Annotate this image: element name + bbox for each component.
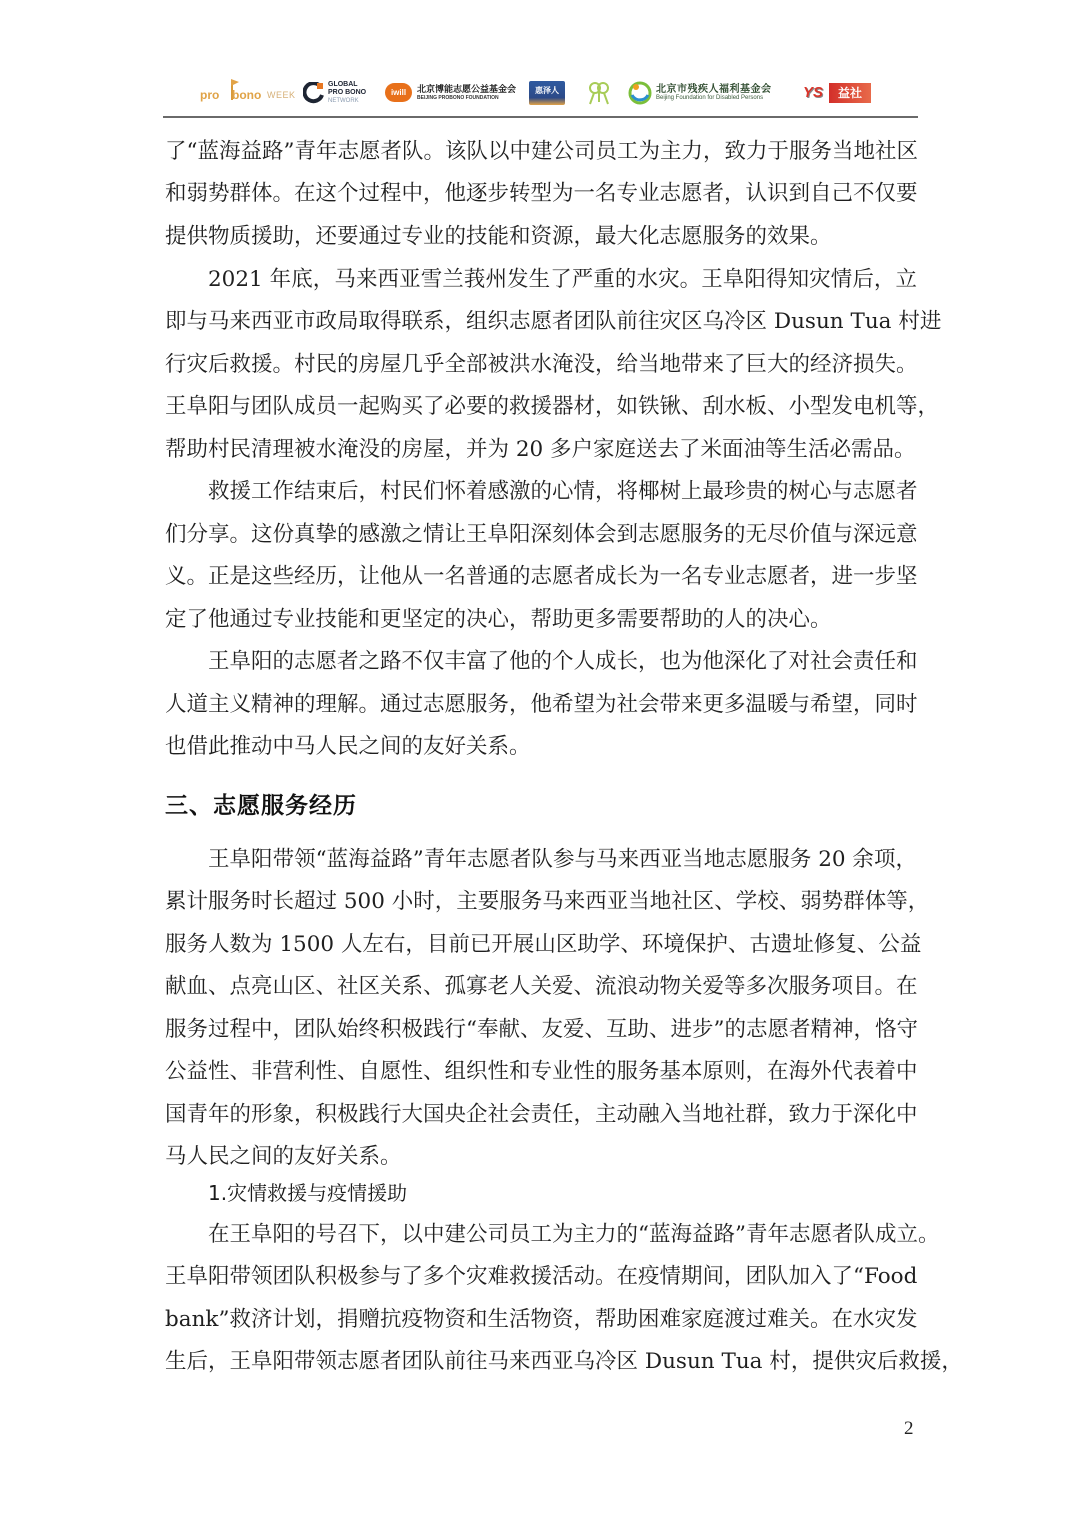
logo-beijing-foundation-disabled-persons: 北京市残疾人福利基金会 Beijing Foundation for Disab… [628,70,788,116]
text-line: 公益性、非营利性、自愿性、组织性和专业性的服务基本原则，在海外代表着中 [165,1051,917,1093]
text-line: 义。正是这些经历，让他从一名普通的志愿者成长为一名专业志愿者，进一步坚 [165,556,917,598]
paragraph-start-line: 王阜阳带领“蓝海益路”青年志愿者队参与马来西亚当地志愿服务 20 余项， [208,839,917,881]
text-line: 了“蓝海益路”青年志愿者队。该队以中建公司员工为主力，致力于服务当地社区 [165,131,917,173]
iwill-badge: iwill [385,83,412,102]
text-line: 献血、点亮山区、社区关系、孤寡老人关爱、流浪动物关爱等多次服务项目。在 [165,966,917,1008]
paragraph-start-line: 2021 年底，马来西亚雪兰莪州发生了严重的水灾。王阜阳得知灾情后，立 [208,259,917,301]
text-line: 王阜阳带领团队积极参与了多个灾难救援活动。在疫情期间，团队加入了“Food [165,1256,917,1298]
paragraph-start-line: 救援工作结束后，村民们怀着感激的心情，将椰树上最珍贵的树心与志愿者 [208,471,917,513]
text-line: 国青年的形象，积极践行大国央企社会责任，主动融入当地社群，致力于深化中 [165,1094,917,1136]
text-line: 王阜阳与团队成员一起购买了必要的救援器材，如铁锹、刮水板、小型发电机等， [165,386,917,428]
logo-huizeren: 惠泽人 [529,70,567,116]
logo-pro-bono-week: pro bono WEEK [200,70,298,116]
text-line: 行灾后救援。村民的房屋几乎全部被洪水淹没，给当地带来了巨大的经济损失。 [165,344,917,386]
sponsor-logo-bar: pro bono WEEK GLOBAL PRO BONO NETWORK iw… [163,70,918,118]
ys-mark: YS [798,83,828,103]
header-divider [163,116,918,118]
text-line: 定了他通过专业技能和更坚定的决心，帮助更多需要帮助的人的决心。 [165,599,917,641]
page-number: 2 [904,1418,914,1440]
section-heading: 三、志愿服务经历 [165,786,357,826]
logo-beijing-probono-foundation: iwill 北京博能志愿公益基金会 BEIJING PROBONO FOUNDA… [385,70,515,116]
document-page: pro bono WEEK GLOBAL PRO BONO NETWORK iw… [0,0,1080,1527]
subsection-heading: 1.灾情救援与疫情援助 [208,1173,407,1213]
paragraph-start-line: 在王阜阳的号召下，以中建公司员工为主力的“蓝海益路”青年志愿者队成立。 [208,1214,917,1256]
ring-icon [303,82,325,104]
text-line: 人道主义精神的理解。通过志愿服务，他希望为社会带来更多温暖与希望，同时 [165,684,917,726]
text-line: 即与马来西亚市政局取得联系，组织志愿者团队前往灾区乌冷区 Dusun Tua 村… [165,301,917,343]
text-line: 生后，王阜阳带领志愿者团队前往马来西亚乌冷区 Dusun Tua 村，提供灾后救… [165,1341,917,1383]
paragraph-start-line: 王阜阳的志愿者之路不仅丰富了他的个人成长，也为他深化了对社会责任和 [208,641,917,683]
text-line: 提供物质援助，还要通过专业的技能和资源，最大化志愿服务的效果。 [165,216,917,258]
logo-global-pro-bono-network: GLOBAL PRO BONO NETWORK [303,70,378,116]
logo-ys-yishe: YS 益社 [798,70,873,116]
text-line: 马人民之间的友好关系。 [165,1136,917,1178]
circle-swirl-icon [628,81,652,105]
text-line: 服务人数为 1500 人左右，目前已开展山区助学、环境保护、古遗址修复、公益 [165,924,917,966]
ribbon-icon [586,80,612,106]
text-line: 们分享。这份真挚的感激之情让王阜阳深刻体会到志愿服务的无尽价值与深远意 [165,514,917,556]
text-line: 和弱势群体。在这个过程中，他逐步转型为一名专业志愿者，认识到自己不仅要 [165,173,917,215]
text-line: 累计服务时长超过 500 小时，主要服务马来西亚当地社区、学校、弱势群体等， [165,881,917,923]
text-line: 服务过程中，团队始终积极践行“奉献、友爱、互助、进步”的志愿者精神，恪守 [165,1009,917,1051]
text-line: 也借此推动中马人民之间的友好关系。 [165,726,917,768]
text-line: 帮助村民清理被水淹没的房屋，并为 20 多户家庭送去了米面油等生活必需品。 [165,429,917,471]
text-line: bank”救济计划，捐赠抗疫物资和生活物资，帮助困难家庭渡过难关。在水灾发 [165,1299,917,1341]
logo-green-ribbon [586,70,614,116]
